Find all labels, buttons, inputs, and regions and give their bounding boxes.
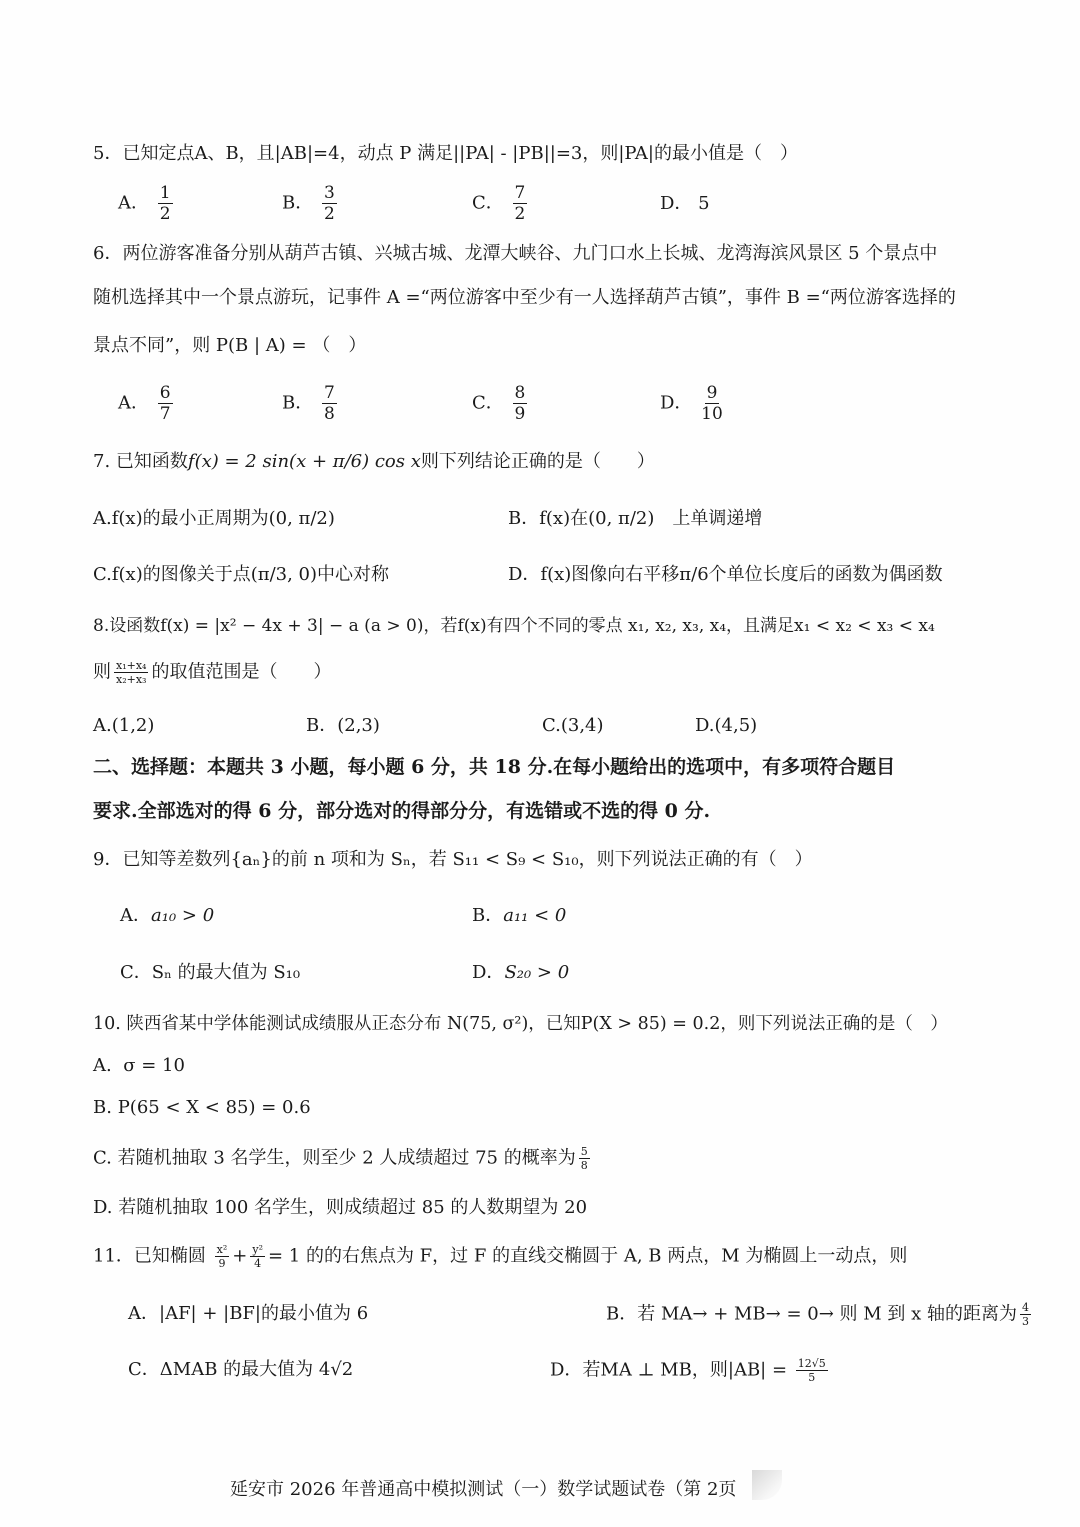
option-text: P(65 < X < 85) = 0.6 [118,1097,311,1118]
numerator: 9 [705,384,720,404]
option-label: D. [695,715,715,736]
option-label: C. [542,715,561,736]
q9-option-c: C．Sₙ 的最大值为 S₁₀ [120,961,300,985]
q8-stem-line2: 则x₁+x₄x₂+x₃的取值范围是（ ） [93,660,331,685]
option-label: D． [550,1360,582,1381]
q8-option-c: C.(3,4) [542,714,604,738]
fraction: y²4 [250,1244,265,1269]
section2-heading-line2: 要求.全部选对的得 6 分，部分选对的得部分分，有选错或不选的得 0 分. [93,799,710,823]
q7-stem-prefix: 7. 已知函数 [93,451,188,472]
option-text: a₁₀ > 0 [151,905,214,926]
section2-heading-line1: 二、选择题：本题共 3 小题，每小题 6 分，共 18 分.在每小题给出的选项中… [93,755,895,779]
numerator: 12√5 [796,1358,828,1371]
option-label: B． [282,393,313,414]
denominator: 5 [808,1371,815,1383]
numerator: 1 [158,184,173,204]
denominator: 7 [160,404,171,423]
q11-option-a: A．|AF| + |BF|的最小值为 6 [128,1302,368,1326]
q10-option-d: D. 若随机抽取 100 名学生，则成绩超过 85 的人数期望为 20 [93,1196,587,1220]
fraction: 910 [701,384,723,423]
option-text: σ = 10 [123,1055,185,1076]
option-value: (1,2) [112,715,155,736]
denominator: 2 [324,204,335,223]
fraction: 78 [322,384,337,423]
q8-suffix: 的取值范围是（ ） [151,662,331,683]
q8-option-a: A.(1,2) [93,714,154,738]
fraction: 58 [579,1146,590,1171]
q7-stem-suffix: 则下列结论正确的是（ ） [421,451,655,472]
denominator: 2 [515,204,526,223]
q6-option-d: D． 910 [660,384,726,423]
option-label: B． [508,508,539,529]
option-label: B． [282,193,313,214]
option-text: Sₙ 的最大值为 S₁₀ [152,962,300,983]
denominator: 8 [324,404,335,423]
option-text: a₁₁ < 0 [503,905,566,926]
q7-option-b: B．f(x)在(0, π/2) 上单调递增 [508,507,762,531]
denominator: 9 [218,1257,225,1269]
denominator: 3 [1022,1315,1029,1327]
fraction: 12√55 [796,1358,828,1383]
denominator: 2 [160,204,171,223]
numerator: 7 [322,384,337,404]
fraction: 32 [322,184,337,223]
q11-option-d: D．若MA ⊥ MB，则|AB| = 12√55 [550,1358,831,1383]
denominator: x₂+x₃ [116,673,146,685]
fraction: 89 [513,384,528,423]
q5-option-b: B． 32 [282,184,340,223]
numerator: 7 [513,184,528,204]
option-text: f(x)在(0, π/2) 上单调递增 [539,508,762,529]
q8-option-b: B．(2,3) [306,714,380,738]
option-label: B． [606,1304,637,1325]
q9-stem: 9．已知等差数列{aₙ}的前 n 项和为 Sₙ，若 S₁₁ < S₉ < S₁₀… [93,848,813,872]
q11-option-c: C．ΔMAB 的最大值为 4√2 [128,1358,353,1382]
q9-option-d: D．S₂₀ > 0 [472,961,569,985]
q8-stem-line1: 8.设函数f(x) = |x² − 4x + 3| − a (a > 0)，若f… [93,614,935,638]
option-label: D． [472,962,504,983]
option-text: 若MA ⊥ MB，则|AB| = [582,1360,787,1381]
option-text: f(x)的图像关于点(π/3, 0)中心对称 [112,564,389,585]
q7-option-d: D．f(x)图像向右平移π/6个单位长度后的函数为偶函数 [508,563,943,587]
option-text: |AF| + |BF|的最小值为 6 [159,1303,368,1324]
option-label: B. [93,1097,112,1118]
q6-option-a: A． 67 [118,384,176,423]
q9-option-b: B．a₁₁ < 0 [472,904,566,928]
page-curl-shadow [752,1470,782,1500]
numerator: 5 [579,1146,590,1159]
denominator: 4 [254,1257,261,1269]
option-label: D． [660,193,692,214]
q5-option-a: A． 12 [118,184,176,223]
option-label: A． [118,393,149,414]
option-text: 若 MA→ + MB→ = 0→ 则 M 到 x 轴的距离为 [637,1304,1017,1325]
option-value: 5 [698,193,709,214]
q9-option-a: A．a₁₀ > 0 [120,904,214,928]
option-label: C． [472,393,504,414]
q6-option-b: B． 78 [282,384,340,423]
q10-stem: 10. 陕西省某中学体能测试成绩服从正态分布 N(75, σ²)，已知P(X >… [93,1012,948,1036]
numerator: y² [250,1244,265,1257]
option-label: A. [93,508,112,529]
numerator: x₁+x₄ [114,660,148,673]
option-value: (4,5) [715,715,758,736]
option-value: (3,4) [561,715,604,736]
option-text: f(x)图像向右平移π/6个单位长度后的函数为偶函数 [540,564,942,585]
option-text: ΔMAB 的最大值为 4√2 [160,1359,353,1380]
numerator: 4 [1020,1302,1031,1315]
option-label: C. [93,1148,112,1169]
q5-option-d: D． 5 [660,192,710,216]
option-label: A． [118,193,149,214]
q5-stem: 5．已知定点A、B，且|AB|=4，动点 P 满足||PA| - |PB||=3… [93,142,798,166]
fraction: x²9 [215,1244,230,1269]
option-label: D． [508,564,540,585]
numerator: 3 [322,184,337,204]
numerator: 6 [158,384,173,404]
option-label: A． [128,1303,159,1324]
q11-prefix: 11．已知椭圆 [93,1246,206,1267]
q8-option-d: D.(4,5) [695,714,757,738]
q11-suffix: = 1 的的右焦点为 F，过 F 的直线交椭圆于 A, B 两点，M 为椭圆上一… [268,1246,907,1267]
option-label: B． [306,715,337,736]
q7-stem: 7. 已知函数f(x) = 2 sin(x + π/6) cos x则下列结论正… [93,450,655,474]
option-value: (2,3) [337,715,380,736]
q10-option-b: B. P(65 < X < 85) = 0.6 [93,1096,311,1120]
q6-stem-line3: 景点不同”，则 P(B | A) = （ ） [93,334,366,358]
denominator: 8 [581,1159,588,1171]
option-label: C． [128,1359,160,1380]
q6-stem-line2: 随机选择其中一个景点游玩，记事件 A =“两位游客中至少有一人选择葫芦古镇”，事… [93,286,956,310]
option-label: A. [93,715,112,736]
q7-option-c: C.f(x)的图像关于点(π/3, 0)中心对称 [93,563,389,587]
option-label: D． [660,393,692,414]
q11-option-b: B．若 MA→ + MB→ = 0→ 则 M 到 x 轴的距离为43 [606,1302,1034,1327]
page-footer: 延安市 2026 年普通高中模拟测试（一）数学试题试卷（第 2页 [230,1475,736,1501]
option-text: 若随机抽取 3 名学生，则至少 2 人成绩超过 75 的概率为 [118,1148,576,1169]
q11-stem: 11．已知椭圆 x²9+y²4= 1 的的右焦点为 F，过 F 的直线交椭圆于 … [93,1244,907,1269]
q6-option-c: C． 89 [472,384,530,423]
fraction: 43 [1020,1302,1031,1327]
option-label: B． [472,905,503,926]
option-label: C． [120,962,152,983]
fraction: 67 [158,384,173,423]
q8-prefix: 则 [93,662,111,683]
option-label: A． [120,905,151,926]
fraction: 12 [158,184,173,223]
option-label: D. [93,1197,113,1218]
q10-option-c: C. 若随机抽取 3 名学生，则至少 2 人成绩超过 75 的概率为58 [93,1146,593,1171]
option-label: A. [93,1055,112,1076]
fraction: x₁+x₄x₂+x₃ [114,660,148,685]
q5-option-c: C． 72 [472,184,530,223]
denominator: 9 [515,404,526,423]
q7-option-a: A.f(x)的最小正周期为(0, π/2) [93,507,335,531]
option-label: C. [93,564,112,585]
q10-option-a: A. σ = 10 [93,1054,185,1078]
option-text: f(x)的最小正周期为(0, π/2) [112,508,335,529]
denominator: 10 [701,404,723,423]
numerator: 8 [513,384,528,404]
numerator: x² [215,1244,230,1257]
option-label: C． [472,193,504,214]
option-text: S₂₀ > 0 [504,962,569,983]
fraction: 72 [513,184,528,223]
option-text: 若随机抽取 100 名学生，则成绩超过 85 的人数期望为 20 [118,1197,587,1218]
q7-formula: f(x) = 2 sin(x + π/6) cos x [188,451,421,472]
q6-stem-line1: 6．两位游客准备分别从葫芦古镇、兴城古城、龙潭大峡谷、九门口水上长城、龙湾海滨风… [93,242,937,266]
